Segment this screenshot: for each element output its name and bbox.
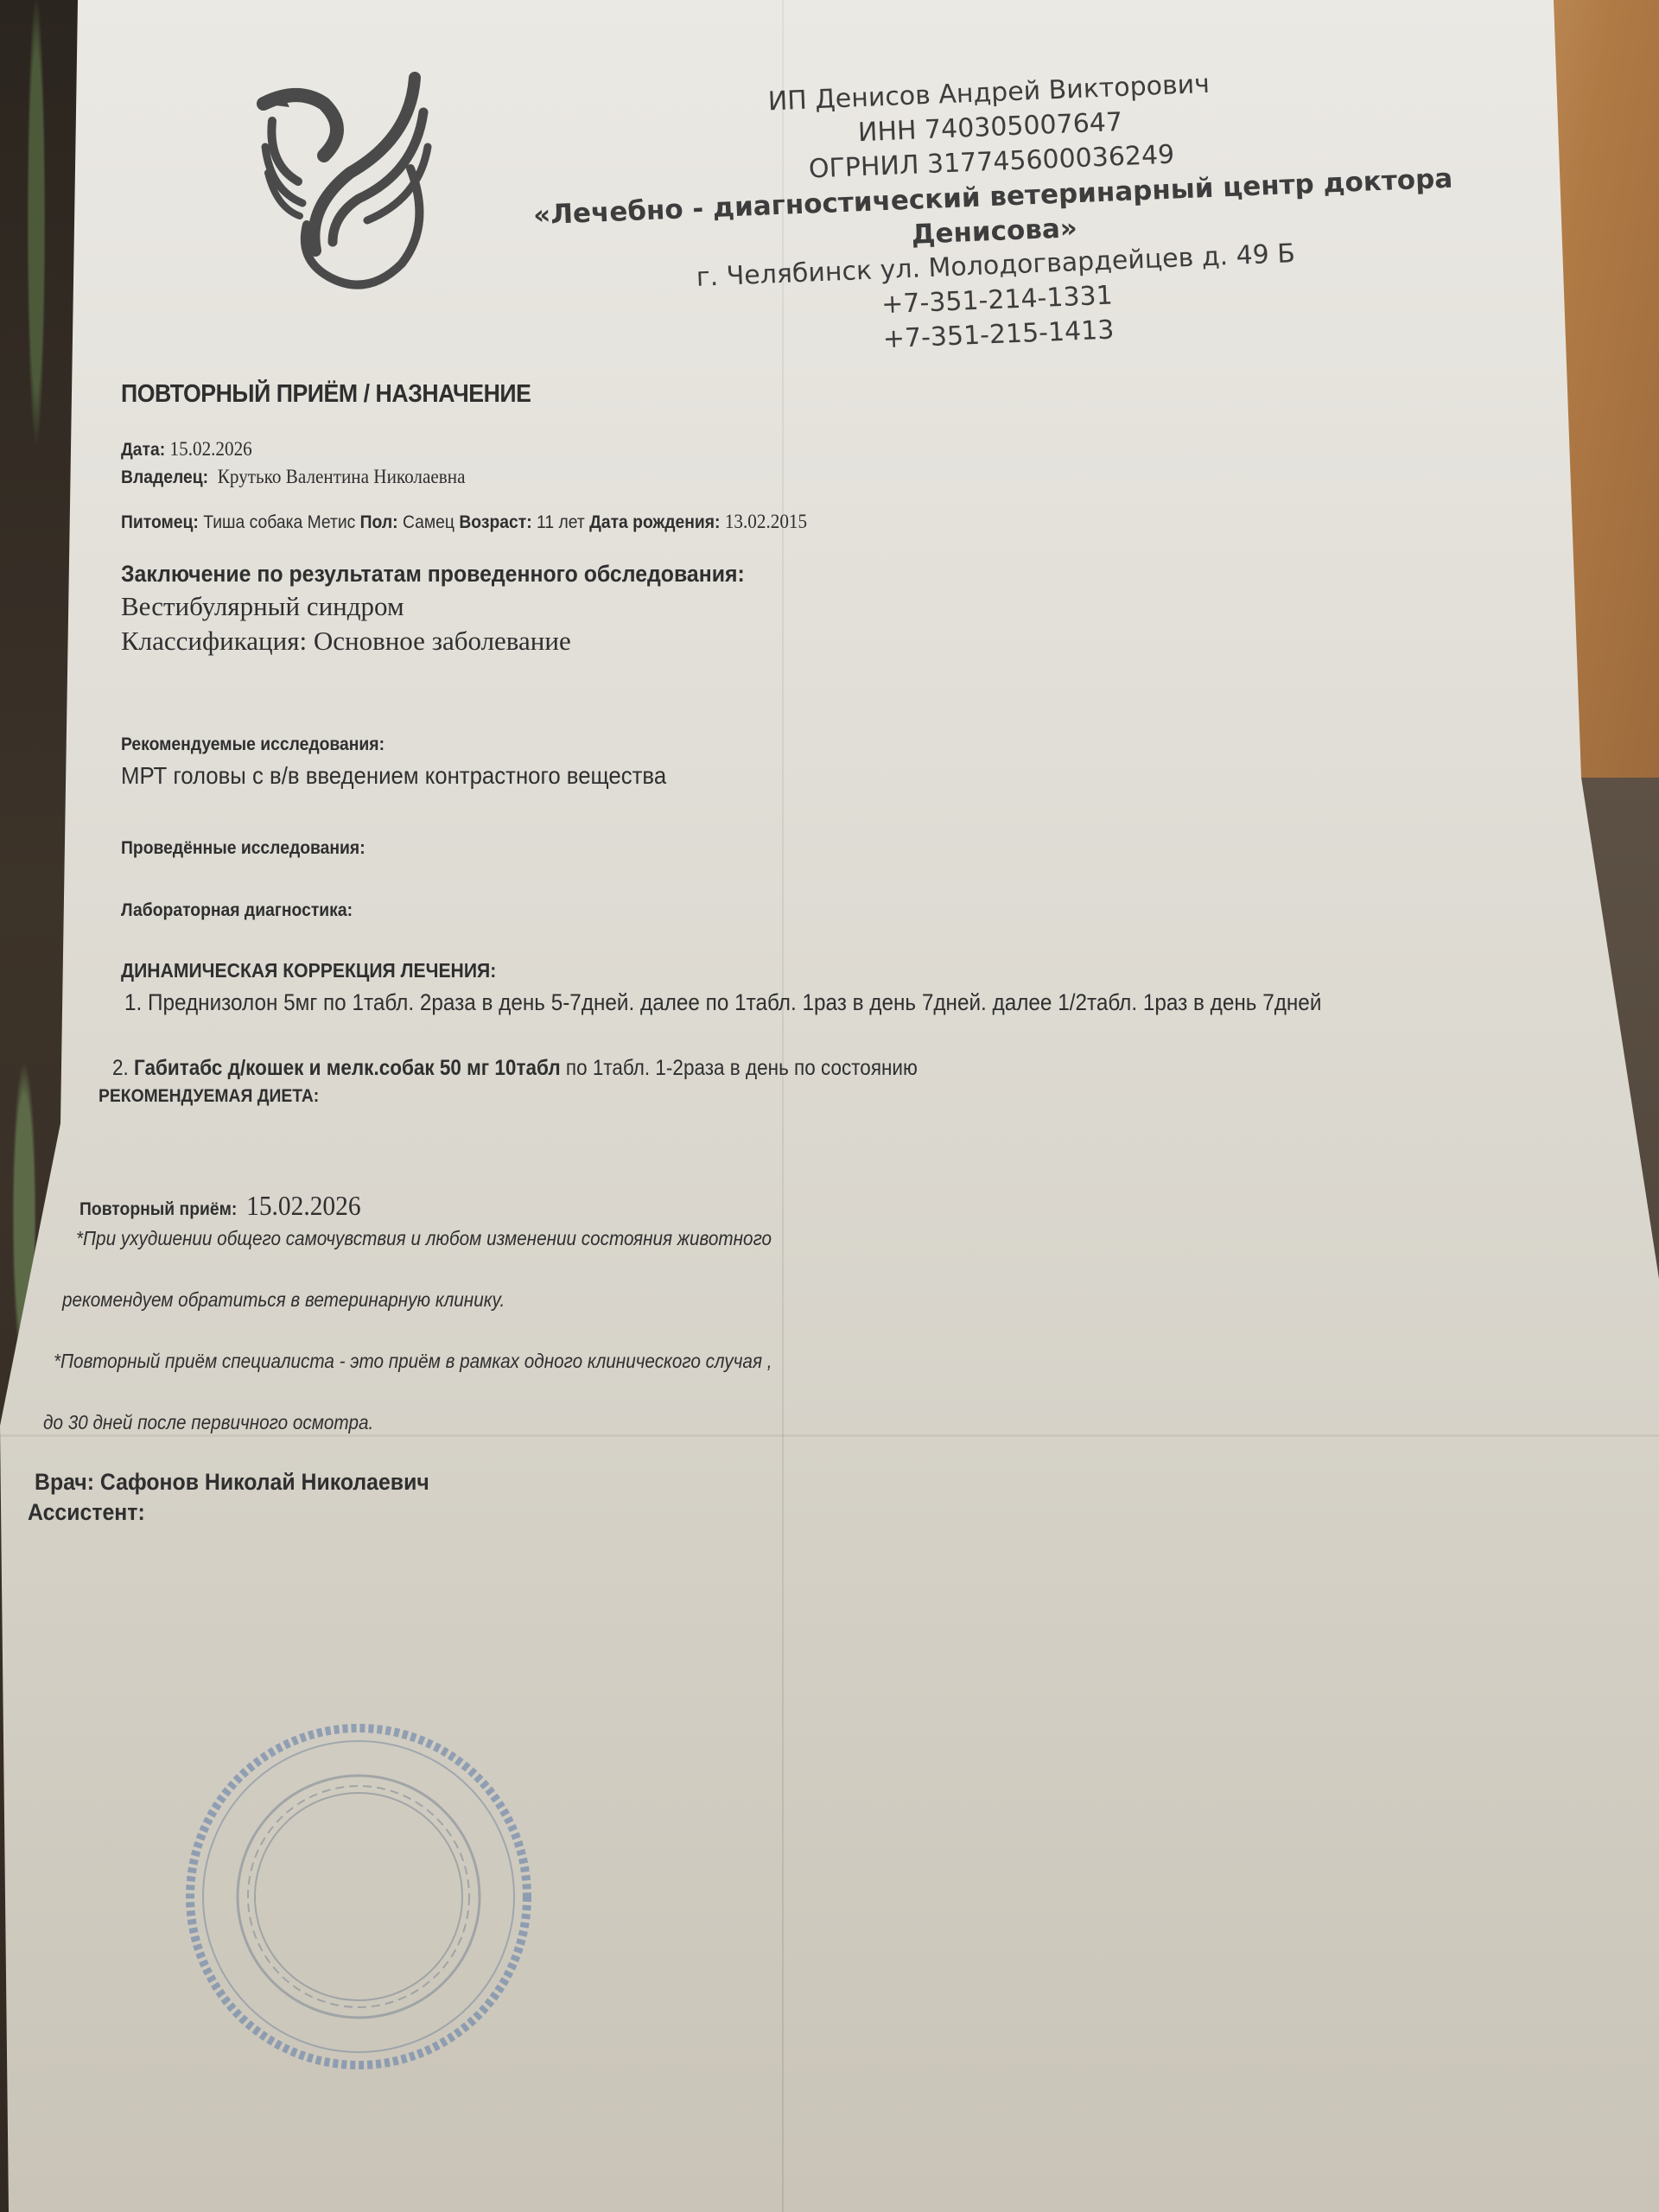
date-row: Дата: 15.02.2026 [121, 438, 1408, 461]
note2-line1: *Повторный приём специалиста - это приём… [54, 1350, 1374, 1373]
doctor: Врач: Сафонов Николай Николаевич [35, 1469, 1402, 1496]
treatment-num: 1. [124, 989, 142, 1015]
sex-value: Самец [403, 512, 454, 532]
sex-label: Пол: [360, 512, 398, 532]
pet-row: Питомец: Тиша собака Метис Пол: Самец Во… [121, 511, 1408, 533]
paper-sheet: ИП Денисов Андрей Викторович ИНН 7403050… [0, 0, 1659, 2212]
followup-label: Повторный приём: [79, 1199, 237, 1219]
classification: Классификация: Основное заболевание [121, 626, 1521, 657]
owner-value: Крутько Валентина Николаевна [218, 466, 466, 487]
treatment-item-1: 1. Преднизолон 5мг по 1табл. 2раза в ден… [124, 989, 1381, 1016]
treatment-drug: Габитабс д/кошек и мелк.собак 50 мг 10та… [134, 1056, 561, 1080]
assistant: Ассистент: [28, 1499, 1402, 1526]
note2-line2: до 30 дней после первичного осмотра. [43, 1411, 1373, 1434]
recommended-value: МРТ головы с в/в введением контрастного … [121, 762, 1408, 790]
lab-label: Лабораторная диагностика: [121, 900, 1408, 921]
followup-row: Повторный приём: 15.02.2026 [79, 1190, 1406, 1222]
bird-logo-icon [246, 69, 436, 302]
recommended-label: Рекомендуемые исследования: [121, 734, 1408, 755]
diagnosis: Вестибулярный синдром [121, 591, 1521, 622]
performed-label: Проведённые исследования: [121, 838, 1408, 859]
age-value: 11 лет [537, 512, 585, 532]
age-label: Возраст: [459, 512, 531, 532]
treatment-dosage: по 1табл. 2раза в день 5-7дней. далее по… [323, 989, 1321, 1015]
conclusion-label: Заключение по результатам проведенного о… [121, 561, 1408, 588]
treatment-num: 2. [112, 1056, 129, 1080]
followup-value: 15.02.2026 [246, 1190, 360, 1221]
clinic-header: ИП Денисов Андрей Викторович ИНН 7403050… [461, 55, 1526, 374]
owner-label: Владелец: [121, 467, 208, 487]
diet-label: РЕКОМЕНДУЕМАЯ ДИЕТА: [99, 1086, 1407, 1107]
owner-row: Владелец: Крутько Валентина Николаевна [121, 466, 1408, 488]
document-title: ПОВТОРНЫЙ ПРИЁМ / НАЗНАЧЕНИЕ [121, 380, 1408, 409]
note1-line2: рекомендуем обратиться в ветеринарную кл… [62, 1288, 1375, 1312]
date-label: Дата: [121, 440, 165, 460]
clinic-stamp-icon [177, 1715, 540, 2078]
note1-line1: *При ухудшении общего самочувствия и люб… [76, 1227, 1376, 1250]
birth-value: 13.02.2015 [725, 511, 807, 532]
birth-label: Дата рождения: [589, 512, 720, 532]
pet-value: Тиша собака Метис [203, 512, 355, 532]
treatment-item-2: 2. Габитабс д/кошек и мелк.собак 50 мг 1… [112, 1056, 1380, 1081]
treatment-dosage: по 1табл. 1-2раза в день по состоянию [566, 1056, 918, 1080]
date-value: 15.02.2026 [170, 438, 252, 460]
pet-label: Питомец: [121, 512, 199, 532]
treatment-drug: Преднизолон 5мг [148, 989, 317, 1015]
document-body: ПОВТОРНЫЙ ПРИЁМ / НАЗНАЧЕНИЕ Дата: 15.02… [121, 380, 1521, 1526]
treatment-label: ДИНАМИЧЕСКАЯ КОРРЕКЦИЯ ЛЕЧЕНИЯ: [121, 959, 1408, 982]
